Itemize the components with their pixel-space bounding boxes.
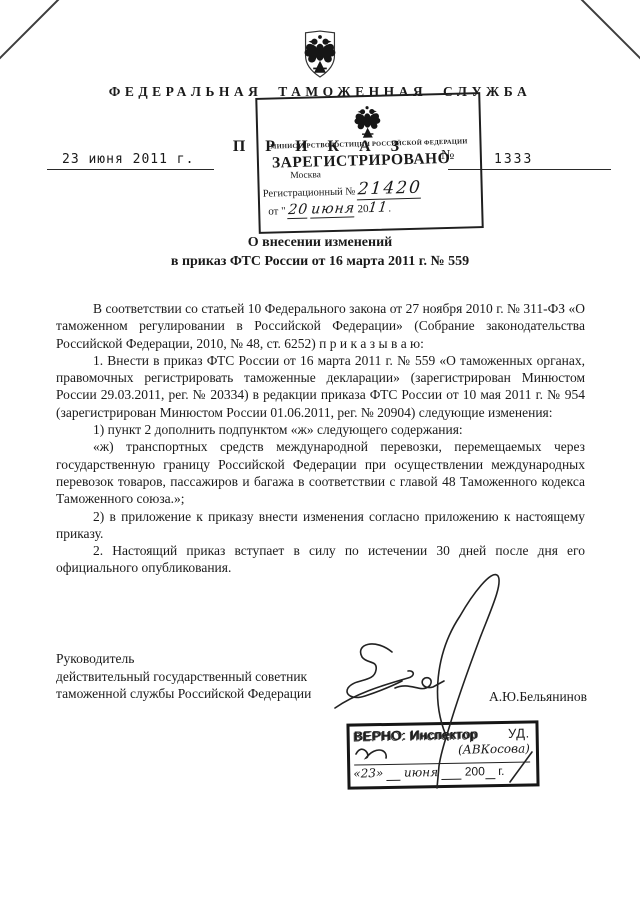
stamp-date-line: от " 20 июня 2011. bbox=[268, 199, 391, 219]
ver-day-handwritten: «23» bbox=[353, 766, 383, 781]
stamp-registered-label: ЗАРЕГИСТРИРОВАНО bbox=[272, 150, 451, 173]
verification-stamp-title-row: ВЕРНО: Инспектор УД. bbox=[354, 725, 530, 743]
corner-fold-mark-left bbox=[0, 0, 59, 59]
stamp-day-handwritten: 20 bbox=[287, 202, 309, 220]
ver-year-suffix: г. bbox=[498, 764, 504, 778]
stamp-eagle-icon bbox=[350, 102, 384, 140]
verno-label: ВЕРНО: Инспектор bbox=[354, 726, 478, 743]
ver-year-printed: 200 bbox=[465, 764, 485, 778]
order-title: О внесении изменений в приказ ФТС России… bbox=[0, 233, 640, 271]
signer-post-line3: таможенной службы Российской Федерации bbox=[56, 685, 311, 703]
inspector-name-handwritten: (АВКосова) bbox=[458, 741, 530, 756]
corner-fold-mark-right bbox=[581, 0, 640, 59]
stamp-reg-number-handwritten: 21420 bbox=[357, 178, 423, 201]
body-paragraph: «ж) транспортных средств международной п… bbox=[56, 438, 585, 507]
stamp-reg-label: Регистрационный № bbox=[263, 186, 356, 199]
stamp-year-suffix: . bbox=[388, 202, 391, 214]
order-title-line1: О внесении изменений bbox=[0, 233, 640, 252]
body-paragraph: 2) в приложение к приказу внести изменен… bbox=[56, 508, 585, 543]
order-document-page: ФЕДЕРАЛЬНАЯ ТАМОЖЕННАЯ СЛУЖБА П Р И К А … bbox=[0, 0, 640, 900]
registration-stamp: МИНИСТЕРСТВО ЮСТИЦИИ РОССИЙСКОЙ ФЕДЕРАЦИ… bbox=[255, 92, 483, 234]
body-paragraph: В соответствии со статьей 10 Федеральног… bbox=[56, 300, 585, 352]
body-paragraph: 2. Настоящий приказ вступает в силу по и… bbox=[56, 542, 585, 577]
verification-date-row: «23» июня 200 г. bbox=[353, 763, 533, 781]
signer-post-line2: действительный государственный советник bbox=[56, 668, 311, 686]
verification-signature-row: (АВКосова) bbox=[354, 741, 530, 765]
verno-dept: УД. bbox=[508, 725, 530, 740]
stamp-year-handwritten: 11 bbox=[368, 199, 390, 216]
body-paragraph: 1. Внести в приказ ФТС России от 16 март… bbox=[56, 352, 585, 421]
stamp-month-handwritten: июня bbox=[310, 200, 356, 218]
signer-post-line1: Руководитель bbox=[56, 650, 311, 668]
signer-post: Руководитель действительный государствен… bbox=[56, 650, 311, 703]
stamp-registration-number-line: Регистрационный № 21420 bbox=[262, 178, 422, 203]
verification-stamp: ВЕРНО: Инспектор УД. (АВКосова) «23» июн… bbox=[346, 720, 539, 789]
coat-of-arms-eagle-icon bbox=[303, 30, 337, 78]
body-paragraphs: В соответствии со статьей 10 Федеральног… bbox=[56, 300, 585, 577]
date-underline bbox=[47, 169, 214, 170]
signer-name: А.Ю.Бельянинов bbox=[489, 689, 587, 705]
order-title-line2: в приказ ФТС России от 16 марта 2011 г. … bbox=[0, 252, 640, 271]
ver-month-handwritten: июня bbox=[404, 765, 438, 780]
body-paragraph: 1) пункт 2 дополнить подпунктом «ж» след… bbox=[56, 421, 585, 438]
stamp-from-label: от " bbox=[268, 205, 286, 217]
